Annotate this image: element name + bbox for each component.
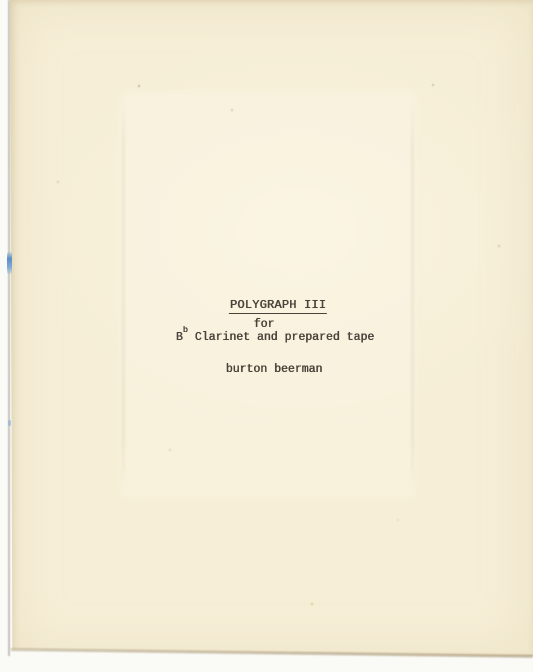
blue-ink-speck — [8, 420, 11, 426]
instrumentation-line: Bb Clarinet and prepared tape — [176, 332, 374, 344]
instrument-text: Clarinet and prepared tape — [188, 331, 374, 344]
instrument-note-letter: B — [176, 331, 183, 344]
flat-superscript: b — [183, 325, 188, 335]
for-label: for — [254, 319, 275, 331]
blue-tape-mark — [7, 252, 12, 274]
score-title-page: POLYGRAPH III for Bb Clarinet and prepar… — [10, 0, 533, 658]
scanner-edge-line — [8, 0, 10, 656]
composer-name: burton beerman — [226, 364, 323, 376]
piece-title: POLYGRAPH III — [229, 299, 327, 314]
scanned-document: POLYGRAPH III for Bb Clarinet and prepar… — [0, 0, 533, 672]
